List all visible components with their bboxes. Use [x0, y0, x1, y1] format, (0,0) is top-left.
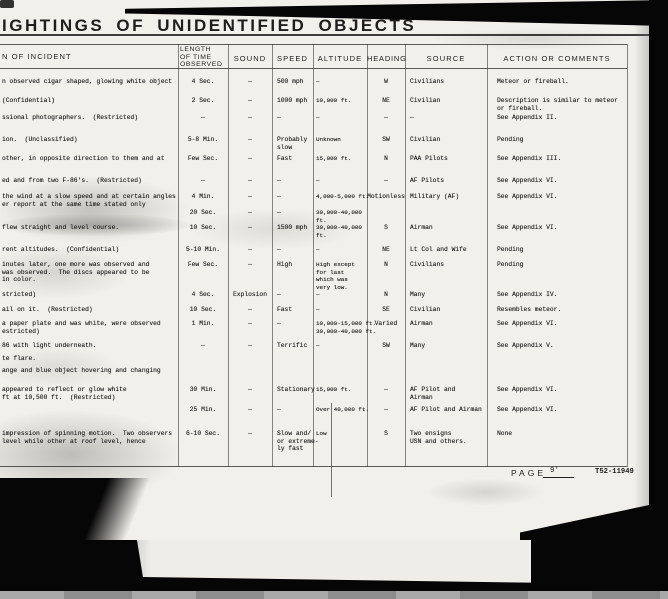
cell-action: See Appendix VI. [497, 177, 629, 185]
cell-source: Many [410, 342, 492, 350]
cell-speed: — [277, 209, 317, 217]
cell-speed: Slow and/ or extreme- ly fast [277, 430, 317, 453]
cell-source: Airman [410, 224, 492, 232]
cell-heading: Motionless [367, 193, 405, 201]
cell-incident: appeared to reflect or glow white ft at … [2, 386, 176, 401]
scan-stray-line [331, 403, 332, 497]
cell-speed: — [277, 177, 317, 185]
cell-incident: inutes later, one more was observed and … [2, 261, 176, 284]
cell-sound: — [228, 406, 272, 414]
cell-time: 30 Min. [178, 386, 228, 394]
cell-sound: — [228, 320, 272, 328]
cell-time: 2 Sec. [178, 97, 228, 105]
cell-incident: ssional photographers. (Restricted) [2, 114, 176, 122]
cell-incident: te flare. [2, 355, 176, 363]
cell-source: Many [410, 291, 492, 299]
table-gridline [178, 44, 179, 467]
cell-heading: — [367, 114, 405, 122]
cell-source: Military (AF) [410, 193, 492, 201]
cell-heading: S [367, 430, 405, 438]
cell-source: AF Pilot and Airman [410, 406, 492, 414]
cell-action: Description is similar to meteor or fire… [497, 97, 629, 112]
cell-heading: — [367, 177, 405, 185]
cell-sound: — [228, 136, 272, 144]
cell-sound: — [228, 78, 272, 86]
cell-action: None [497, 430, 629, 438]
cell-action: Resembles meteor. [497, 306, 629, 314]
column-header-altitude: ALTITUDE [313, 55, 367, 63]
cell-speed: Probably slow [277, 136, 317, 151]
cell-speed: 500 mph [277, 78, 317, 86]
footer-page-number-underline [543, 477, 574, 478]
cell-action: Pending [497, 261, 629, 269]
cell-heading: N [367, 291, 405, 299]
column-header-time-observed: LENGTH OF TIME OBSERVED [180, 46, 222, 69]
cell-speed: — [277, 246, 317, 254]
footer-document-number: T52-11949 [595, 468, 634, 476]
cell-incident: the wind at a slow speed and at certain … [2, 193, 176, 208]
cell-source: AF Pilots [410, 177, 492, 185]
cell-action: Meteor or fireball. [497, 78, 629, 86]
cell-sound: — [228, 430, 272, 438]
cell-speed: High [277, 261, 317, 269]
cell-heading: NE [367, 246, 405, 254]
cell-sound: — [228, 97, 272, 105]
cell-sound: — [228, 114, 272, 122]
cell-action: See Appendix II. [497, 114, 629, 122]
cell-sound: — [228, 246, 272, 254]
page-title: IGHTINGS OF UNIDENTIFIED OBJECTS [2, 16, 416, 36]
cell-source: Civilian [410, 306, 492, 314]
cell-time: — [178, 177, 228, 185]
cell-time: 10 Sec. [178, 224, 228, 232]
column-header-incident: N OF INCIDENT [2, 53, 72, 61]
cell-heading: Varied [367, 320, 405, 328]
cell-action: See Appendix V. [497, 342, 629, 350]
table-gridline [272, 44, 273, 467]
cell-incident: flew straight and level course. [2, 224, 176, 232]
cell-incident: 86 with light underneath. [2, 342, 176, 350]
cell-time: 4 Sec. [178, 291, 228, 299]
cell-heading: SW [367, 342, 405, 350]
cell-source: Civilian [410, 97, 492, 105]
cell-speed: — [277, 291, 317, 299]
cell-action: See Appendix VI. [497, 224, 629, 232]
column-header-action-comments: ACTION OR COMMENTS [487, 55, 627, 63]
cell-speed: Stationary [277, 386, 317, 394]
cell-time: 5-10 Min. [178, 246, 228, 254]
cell-sound: — [228, 155, 272, 163]
cell-speed: — [277, 320, 317, 328]
cell-source: Civilians [410, 261, 492, 269]
table-gridline [367, 44, 368, 467]
cell-altitude: 30,000-40,000 ft. [316, 209, 388, 224]
paper-bottom-edge [137, 540, 531, 584]
cell-source: Civilian [410, 136, 492, 144]
cell-incident: other, in opposite direction to them and… [2, 155, 176, 163]
table-gridline [313, 44, 314, 467]
page-fold-shadow [634, 20, 649, 540]
cell-sound: Explosion [228, 291, 272, 299]
footer-page-label: PAGE [511, 468, 546, 478]
column-header-speed: SPEED [272, 55, 313, 63]
cell-incident: ange and blue object hovering and changi… [2, 367, 176, 375]
cell-time: 6-10 Sec. [178, 430, 228, 438]
cell-action: See Appendix VI. [497, 320, 629, 328]
cell-incident: (Confidential) [2, 97, 176, 105]
cell-heading: W [367, 78, 405, 86]
table-gridline [487, 44, 488, 467]
cell-source: Airman [410, 320, 492, 328]
column-header-source: SOURCE [405, 55, 487, 63]
cell-sound: — [228, 209, 272, 217]
cell-incident: n observed cigar shaped, glowing white o… [2, 78, 176, 86]
cell-heading: SW [367, 136, 405, 144]
scanner-bed-strip [0, 591, 668, 599]
cell-time: 4 Sec. [178, 78, 228, 86]
cell-incident: rent altitudes. (Confidential) [2, 246, 176, 254]
cell-time: 5-8 Min. [178, 136, 228, 144]
cell-speed: — [277, 406, 317, 414]
cell-heading: N [367, 155, 405, 163]
cell-sound: — [228, 306, 272, 314]
cell-heading: S [367, 224, 405, 232]
cell-action: See Appendix III. [497, 155, 629, 163]
cell-speed: Fast [277, 155, 317, 163]
cell-sound: — [228, 342, 272, 350]
cell-sound: — [228, 386, 272, 394]
cell-speed: Fast [277, 306, 317, 314]
title-underline [0, 34, 656, 36]
cell-heading: SE [367, 306, 405, 314]
column-header-heading: HEADING [367, 55, 405, 63]
scan-smudge [430, 28, 640, 50]
scan-smudge [425, 478, 545, 506]
scan-corner-mark [0, 0, 14, 8]
cell-speed: 1000 mph [277, 97, 317, 105]
cell-heading: NE [367, 97, 405, 105]
cell-time: — [178, 114, 228, 122]
cell-incident: stricted) [2, 291, 176, 299]
cell-action: Pending [497, 246, 629, 254]
cell-speed: Terrific [277, 342, 317, 350]
cell-action: See Appendix IV. [497, 291, 629, 299]
cell-source: Lt Col and Wife [410, 246, 492, 254]
cell-speed: — [277, 193, 317, 201]
cell-sound: — [228, 224, 272, 232]
cell-action: See Appendix VI. [497, 193, 629, 201]
cell-time: Few Sec. [178, 155, 228, 163]
cell-time: 10 Sec. [178, 306, 228, 314]
footer-page-number: 9' [550, 467, 559, 475]
cell-time: 1 Min. [178, 320, 228, 328]
cell-sound: — [228, 261, 272, 269]
table-gridline [405, 44, 406, 467]
cell-incident: a paper plate and was white, were observ… [2, 320, 176, 335]
cell-incident: ail on it. (Restricted) [2, 306, 176, 314]
cell-sound: — [228, 177, 272, 185]
cell-time: 4 Min. [178, 193, 228, 201]
cell-action: Pending [497, 136, 629, 144]
cell-time: — [178, 342, 228, 350]
cell-action: See Appendix VI. [497, 386, 629, 394]
cell-speed: — [277, 114, 317, 122]
cell-time: 20 Sec. [178, 209, 228, 217]
cell-incident: impression of spinning motion. Two obser… [2, 430, 176, 445]
table-gridline [228, 44, 229, 467]
cell-heading: N [367, 261, 405, 269]
cell-time: 25 Min. [178, 406, 228, 414]
cell-incident: ion. (Unclassified) [2, 136, 176, 144]
cell-action: See Appendix VI. [497, 406, 629, 414]
cell-source: — [410, 114, 492, 122]
cell-source: Civilians [410, 78, 492, 86]
cell-heading: — [367, 386, 405, 394]
cell-sound: — [228, 193, 272, 201]
cell-source: PAA Pilots [410, 155, 492, 163]
cell-heading: — [367, 406, 405, 414]
scan-smudge [0, 175, 190, 245]
cell-speed: 1500 mph [277, 224, 317, 232]
column-header-sound: SOUND [228, 55, 272, 63]
cell-incident: ed and from two F-86's. (Restricted) [2, 177, 176, 185]
cell-time: Few Sec. [178, 261, 228, 269]
cell-source: Two ensigns USN and others. [410, 430, 492, 445]
cell-source: AF Pilot and Airman [410, 386, 492, 401]
